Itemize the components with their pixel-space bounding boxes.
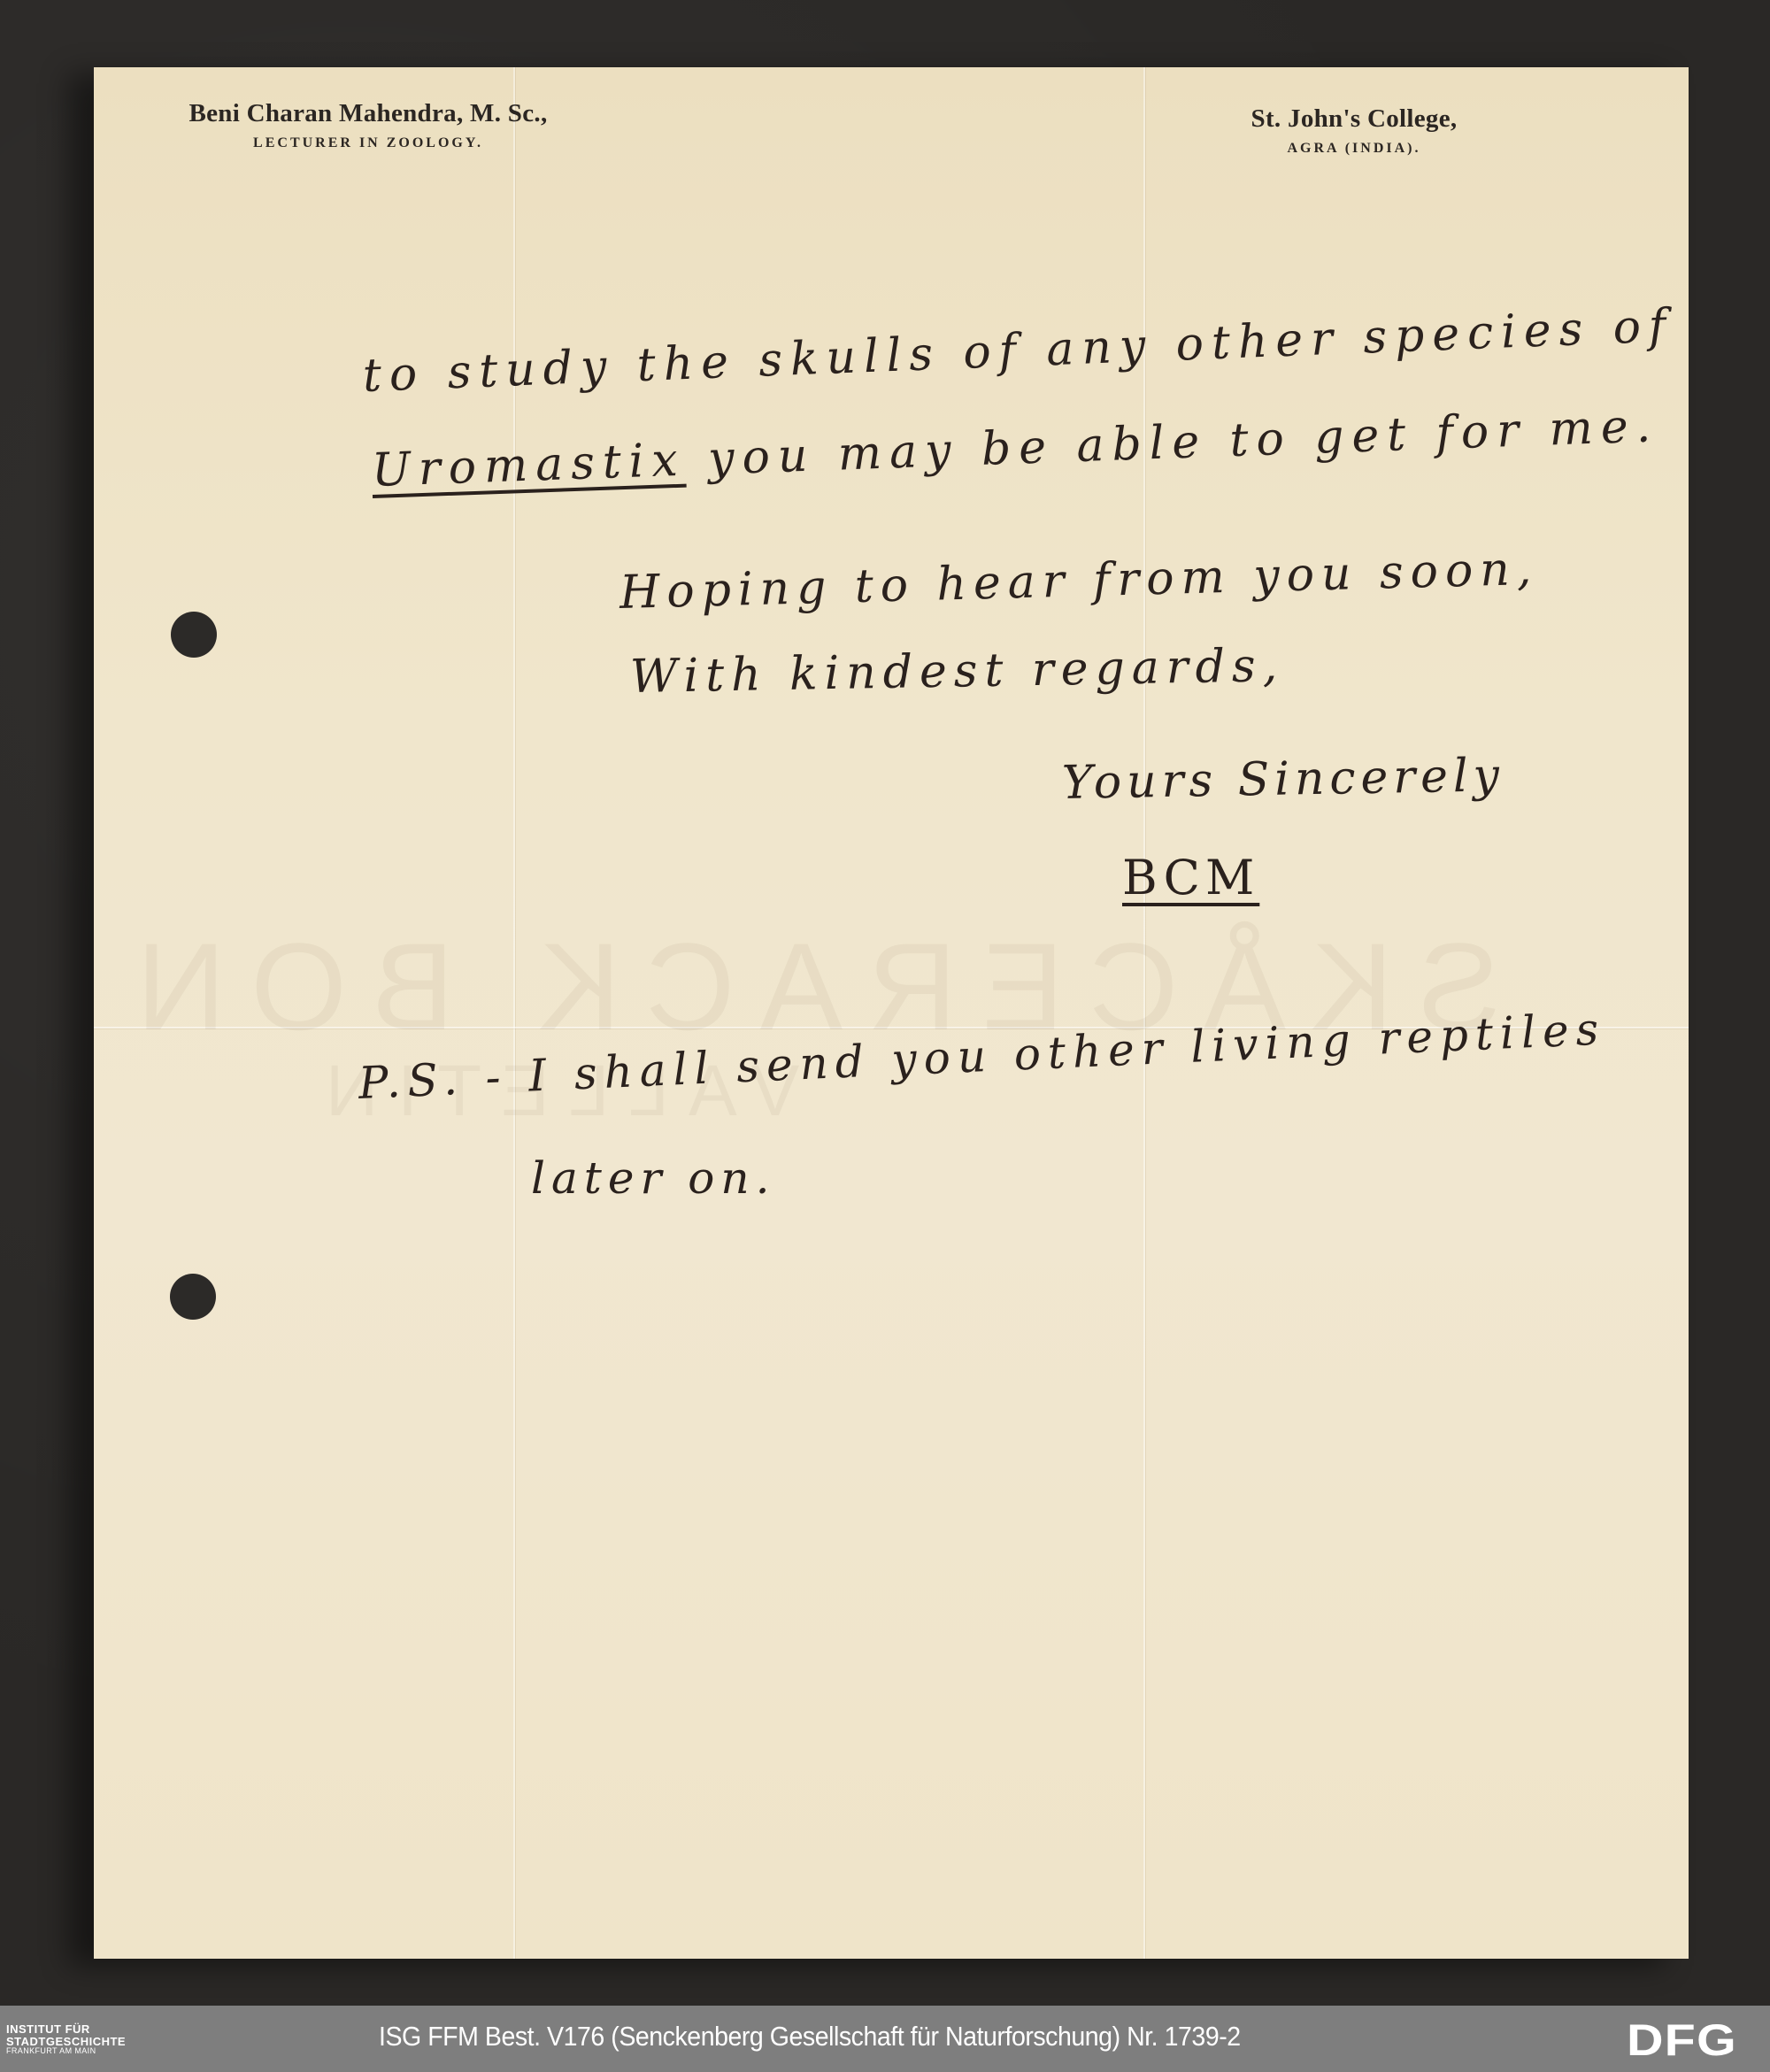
archive-footer-bar: INSTITUT FÜR STADTGESCHICHTE FRANKFURT A… [0,2006,1770,2072]
institution-location: AGRA (INDIA). [1168,141,1540,157]
dfg-logo: DFG [1627,2018,1737,2062]
institute-line-2: STADTGESCHICHTE [6,2036,126,2048]
institute-line-3: FRANKFURT AM MAIN [6,2047,126,2055]
punch-hole-bottom [170,1274,216,1320]
punch-hole-top [171,612,217,658]
archive-caption: ISG FFM Best. V176 (Senckenberg Gesellsc… [379,2021,1241,2053]
institute-line-1: INSTITUT FÜR [6,2023,126,2036]
species-name-underlined: Uromastix [371,434,687,497]
institute-logo: INSTITUT FÜR STADTGESCHICHTE FRANKFURT A… [6,2023,126,2056]
institution-name: St. John's College, [1168,104,1540,134]
signature-initials: BCM [1122,850,1259,905]
postscript-line-2: later on. [531,1152,775,1204]
letterhead-author: Beni Charan Mahendra, M. Sc., LECTURER I… [138,99,598,151]
author-title: LECTURER IN ZOOLOGY. [138,135,598,151]
valediction: Yours Sincerely [1061,749,1504,810]
letterhead-institution: St. John's College, AGRA (INDIA). [1168,104,1540,157]
author-name: Beni Charan Mahendra, M. Sc., [138,99,598,128]
